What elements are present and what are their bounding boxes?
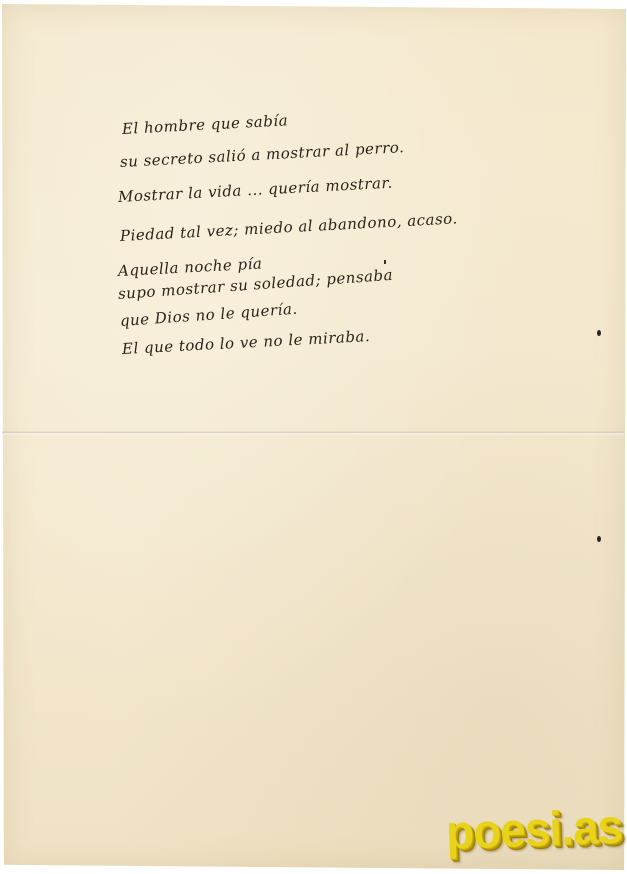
paper-fold-line [2, 431, 624, 435]
manuscript-paper [2, 4, 626, 870]
poesias-watermark-logo: poesi.as [445, 802, 623, 857]
binding-hole-top [597, 330, 601, 336]
ink-mark [384, 260, 386, 264]
binding-hole-bottom [597, 536, 601, 542]
